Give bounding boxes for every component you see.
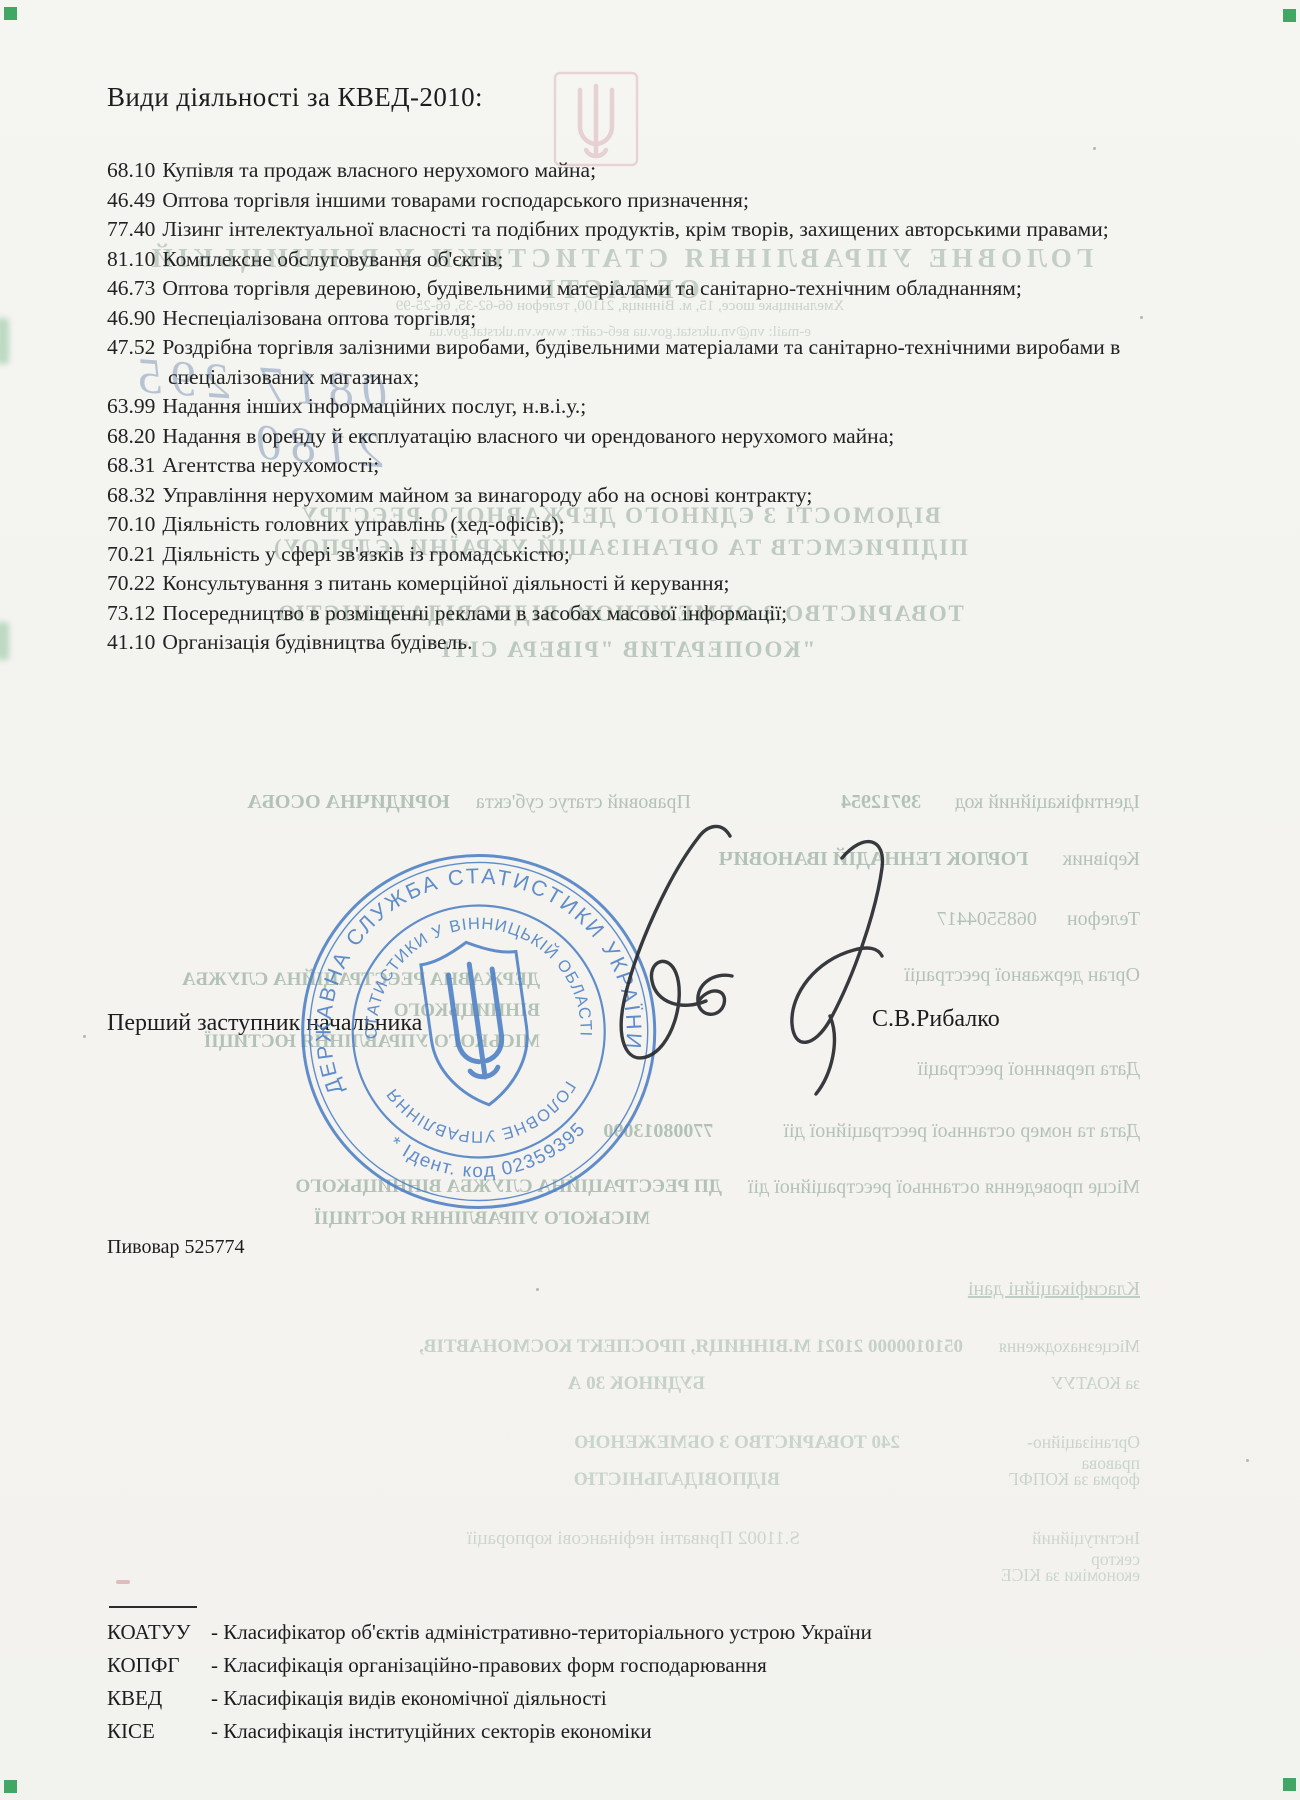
classifier-legend: КОАТУУ- Класифікатор об'єктів адміністра…: [107, 1606, 872, 1748]
bleed-koatuu-row-1: Місцезнаходження 0510100000 21021 М.ВІНН…: [100, 1336, 1140, 1358]
kved-item: 68.32Управління нерухомим майном за вина…: [107, 481, 1192, 511]
kved-code: 68.31: [107, 453, 162, 477]
bleed-trident-emblem-icon: [552, 70, 640, 168]
scan-speck: [1093, 147, 1096, 150]
kved-code: 70.21: [107, 542, 162, 566]
scan-corner-mark: [4, 1780, 17, 1793]
kved-item: 47.52Роздрібна торгівля залізними вироба…: [107, 333, 1192, 392]
scan-speck: [1140, 316, 1143, 319]
scan-speck: [83, 1035, 86, 1038]
bleed-phone-label: Телефон: [1067, 908, 1140, 931]
kved-item: 46.49Оптова торгівля іншими товарами гос…: [107, 186, 1192, 216]
legend-row: КІСЕ- Класифікація інституційних секторі…: [107, 1715, 872, 1748]
kved-item: 68.31Агентства нерухомості;: [107, 451, 1192, 481]
legend-def: - Класифікація видів економічної діяльно…: [211, 1686, 607, 1710]
bleed-koatuu-value-1: 0510100000 21021 М.ВІННИЦЯ, ПРОСПЕКТ КОС…: [100, 1336, 985, 1358]
legend-row: КОПФГ- Класифікація організаційно-правов…: [107, 1649, 872, 1682]
bleed-class-header: Класифікаційні дані: [100, 1278, 1140, 1301]
kved-text: Управління нерухомим майном за винагород…: [162, 483, 812, 507]
footnote-rule: [109, 1606, 197, 1608]
kved-code: 70.22: [107, 571, 162, 595]
bleed-kopfg-row-1: Організаційно-правова 240 ТОВАРИСТВО З О…: [100, 1432, 1140, 1474]
bleed-ident-label: Ідентифікаційний код: [955, 791, 1140, 814]
bleed-phone-value: 0685504417: [937, 908, 1037, 931]
scan-edge-smudge: [0, 318, 9, 364]
signature-ink: [580, 806, 920, 1136]
kved-code: 81.10: [107, 247, 162, 271]
kved-code: 41.10: [107, 630, 162, 654]
kved-code: 77.40: [107, 217, 162, 241]
bleed-status-value: ЮРИДИЧНА ОСОБА: [247, 791, 450, 814]
kved-text: Оптова торгівля деревиною, будівельними …: [162, 276, 1021, 300]
legend-def: - Класифікатор об'єктів адміністративно-…: [211, 1620, 872, 1644]
legend-row: КОАТУУ- Класифікатор об'єктів адміністра…: [107, 1616, 872, 1649]
clerk-note: Пивовар 525774: [107, 1236, 245, 1259]
kved-code: 68.32: [107, 483, 162, 507]
legend-term: КВЕД: [107, 1682, 211, 1715]
scan-corner-mark: [1283, 1778, 1296, 1791]
scan-speck: [1246, 1459, 1249, 1462]
scan-corner-mark: [4, 7, 17, 20]
signer-name: С.В.Рибалко: [872, 1006, 1000, 1033]
kved-code: 63.99: [107, 394, 162, 418]
kved-item: 77.40Лізинг інтелектуальної власності та…: [107, 215, 1192, 245]
bleed-kise-row-2: економіки за КІСЕ: [100, 1565, 1140, 1586]
kved-text: Надання в оренду й експлуатацію власного…: [162, 424, 894, 448]
scan-speck: [116, 1580, 130, 1584]
kved-text: Агентства нерухомості;: [162, 453, 379, 477]
legend-row: КВЕД- Класифікація видів економічної дія…: [107, 1682, 872, 1715]
scanned-document-page: ГОЛОВНЕ УПРАВЛІННЯ СТАТИСТИКИ У ВІННИЦЬК…: [0, 0, 1300, 1800]
kved-code: 68.10: [107, 158, 162, 182]
kved-item: 73.12Посередництво в розміщенні реклами …: [107, 599, 1192, 629]
kved-code: 46.90: [107, 306, 162, 330]
kved-text: Лізинг інтелектуальної власності та поді…: [162, 217, 1108, 241]
legend-def: - Класифікація організаційно-правових фо…: [211, 1653, 767, 1677]
bleed-kopfg-label-1: Організаційно-правова: [985, 1432, 1140, 1474]
kved-text: Організація будівництва будівель.: [162, 630, 472, 654]
kved-code: 46.73: [107, 276, 162, 300]
kved-item: 81.10Комплексне обслуговування об'єктів;: [107, 245, 1192, 275]
bleed-regorgan-label: Орган державної реєстрації: [904, 964, 1140, 987]
kved-text: Консультування з питань комерційної діял…: [162, 571, 729, 595]
bleed-koatuu-row-2: за КОАТУУ БУДИНОК 30 А: [100, 1373, 1140, 1395]
kved-code: 47.52: [107, 335, 162, 359]
kved-text: Купівля та продаж власного нерухомого ма…: [162, 158, 596, 182]
kved-text: Роздрібна торгівля залізними виробами, б…: [162, 335, 1120, 389]
legend-term: КІСЕ: [107, 1715, 211, 1748]
kved-text: Діяльність головних управлінь (хед-офісі…: [162, 512, 564, 536]
kved-text: Надання інших інформаційних послуг, н.в.…: [162, 394, 586, 418]
bleed-kise-row-1: Інституційний сектор S.11002 Приватні не…: [100, 1528, 1140, 1570]
bleed-koatuu-label-1: Місцезнаходження: [985, 1336, 1140, 1357]
scan-edge-smudge: [0, 622, 9, 660]
kved-text: Діяльність у сфері зв'язків із громадськ…: [162, 542, 569, 566]
kved-text: Посередництво в розміщенні реклами в зас…: [162, 601, 787, 625]
kved-item: 46.73Оптова торгівля деревиною, будівель…: [107, 274, 1192, 304]
stamp-trident-icon: [419, 936, 537, 1112]
kved-item: 68.20Надання в оренду й експлуатацію вла…: [107, 422, 1192, 452]
kved-code: 68.20: [107, 424, 162, 448]
page-title: Види діяльності за КВЕД-2010:: [107, 82, 483, 113]
legend-term: КОАТУУ: [107, 1616, 211, 1649]
legend-term: КОПФГ: [107, 1649, 211, 1682]
bleed-kise-label-1: Інституційний сектор: [985, 1528, 1140, 1570]
kved-text: Неспеціалізована оптова торгівля;: [162, 306, 476, 330]
scan-corner-mark: [1283, 9, 1296, 22]
kved-text: Комплексне обслуговування об'єктів;: [162, 247, 503, 271]
bleed-koatuu-value-2: БУДИНОК 30 А: [100, 1373, 985, 1395]
kved-activity-list: 68.10Купівля та продаж власного нерухомо…: [107, 156, 1192, 658]
kved-code: 70.10: [107, 512, 162, 536]
kved-item: 70.21Діяльність у сфері зв'язків із гром…: [107, 540, 1192, 570]
kved-code: 73.12: [107, 601, 162, 625]
bleed-kopfg-value-1: 240 ТОВАРИСТВО З ОБМЕЖЕНОЮ: [100, 1432, 985, 1454]
bleed-head-label: Керівник: [1062, 848, 1140, 871]
legend-def: - Класифікація інституційних секторів ек…: [211, 1719, 652, 1743]
bleed-kise-value: S.11002 Приватні нефінансові корпорації: [100, 1528, 985, 1550]
bleed-kopfg-label-2: форма за КОПФГ: [985, 1469, 1140, 1490]
kved-item: 70.10Діяльність головних управлінь (хед-…: [107, 510, 1192, 540]
scan-speck: [536, 1288, 539, 1291]
kved-item: 41.10Організація будівництва будівель.: [107, 628, 1192, 658]
kved-code: 46.49: [107, 188, 162, 212]
bleed-last-place-label: Місце проведення останньої реєстраційної…: [748, 1176, 1140, 1199]
bleed-kopfg-row-2: форма за КОПФГ ВІДПОВІДАЛЬНІСТЮ: [100, 1469, 1140, 1491]
kved-item: 46.90Неспеціалізована оптова торгівля;: [107, 304, 1192, 334]
bleed-koatuu-label-2: за КОАТУУ: [985, 1373, 1140, 1394]
kved-item: 68.10Купівля та продаж власного нерухомо…: [107, 156, 1192, 186]
kved-text: Оптова торгівля іншими товарами господар…: [162, 188, 749, 212]
kved-item: 63.99Надання інших інформаційних послуг,…: [107, 392, 1192, 422]
bleed-kopfg-value-2: ВІДПОВІДАЛЬНІСТЮ: [100, 1469, 985, 1491]
kved-item: 70.22Консультування з питань комерційної…: [107, 569, 1192, 599]
bleed-kise-label-2: економіки за КІСЕ: [985, 1565, 1140, 1586]
